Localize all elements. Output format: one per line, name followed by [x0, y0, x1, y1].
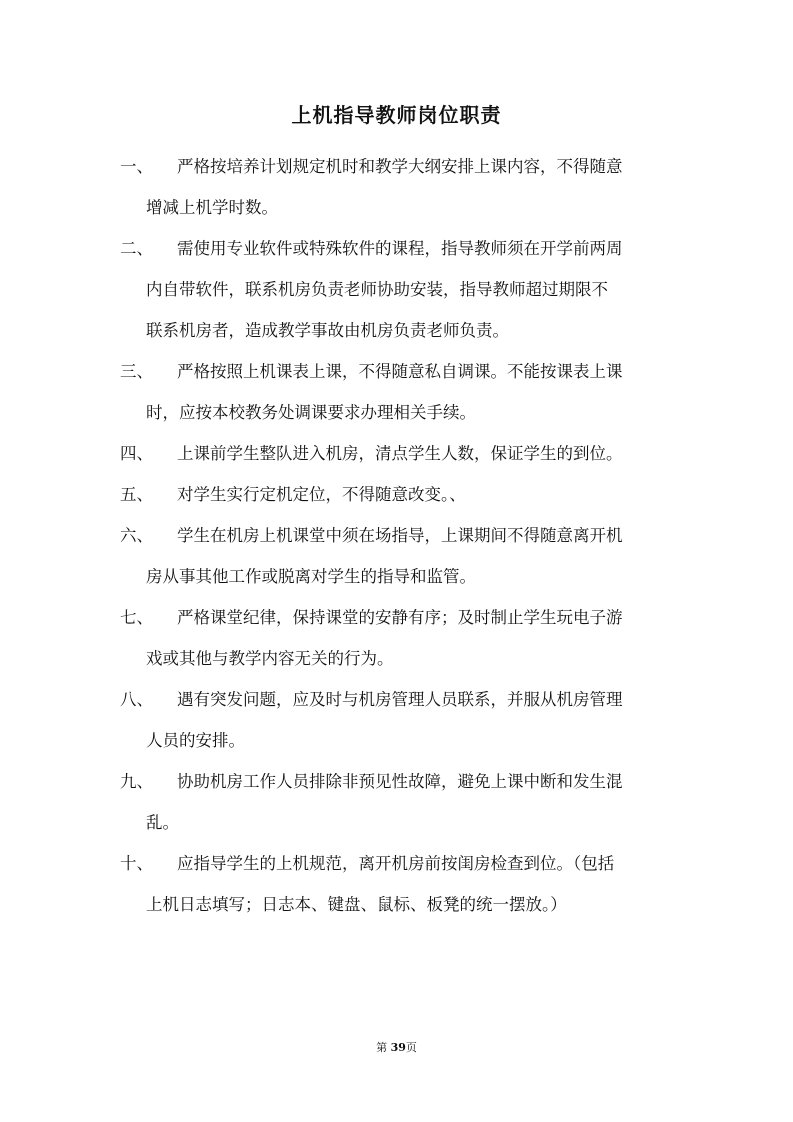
list-item: 三、 严格按照上机课表上课，不得随意私自调课。不能按课表上课 时，应按本校教务处… — [120, 351, 676, 433]
item-number: 八、 — [120, 679, 176, 720]
item-text: 协助机房工作人员排除非预见性故障，避免上课中断和发生混 — [120, 761, 676, 802]
page-number-suffix: 页 — [406, 1041, 417, 1054]
item-number: 四、 — [120, 433, 176, 474]
list-item: 六、 学生在机房上机课堂中须在场指导，上课期间不得随意离开机 房从事其他工作或脱… — [120, 515, 676, 597]
item-number: 九、 — [120, 761, 176, 802]
page-number-value: 39 — [391, 1041, 406, 1054]
item-text: 遇有突发问题，应及时与机房管理人员联系，并服从机房管理 — [120, 679, 676, 720]
item-text: 对学生实行定机定位，不得随意改变。、 — [120, 474, 676, 515]
item-text: 上课前学生整队进入机房，清点学生人数，保证学生的到位。 — [120, 433, 676, 474]
item-text: 应指导学生的上机规范，离开机房前按闺房检查到位。（包括 — [120, 843, 676, 884]
item-number: 二、 — [120, 228, 176, 269]
duty-list: 一、 严格按培养计划规定机时和教学大纲安排上课内容，不得随意 增减上机学时数。 … — [120, 146, 676, 925]
item-number: 三、 — [120, 351, 176, 392]
item-number: 十、 — [120, 843, 176, 884]
item-text-continued: 乱。 — [120, 802, 676, 843]
item-number: 七、 — [120, 597, 176, 638]
item-text-continued: 房从事其他工作或脱离对学生的指导和监管。 — [120, 556, 676, 597]
item-number: 一、 — [120, 146, 176, 187]
item-number: 六、 — [120, 515, 176, 556]
item-text: 严格按培养计划规定机时和教学大纲安排上课内容，不得随意 — [120, 146, 676, 187]
item-text-continued: 时，应按本校教务处调课要求办理相关手续。 — [120, 392, 676, 433]
list-item: 八、 遇有突发问题，应及时与机房管理人员联系，并服从机房管理 人员的安排。 — [120, 679, 676, 761]
item-text: 学生在机房上机课堂中须在场指导，上课期间不得随意离开机 — [120, 515, 676, 556]
list-item: 四、 上课前学生整队进入机房，清点学生人数，保证学生的到位。 — [120, 433, 676, 474]
item-text: 需使用专业软件或特殊软件的课程，指导教师须在开学前两周 — [120, 228, 676, 269]
item-text-continued: 内自带软件，联系机房负责老师协助安装，指导教师超过期限不 — [120, 269, 676, 310]
item-number: 五、 — [120, 474, 176, 515]
item-text-continued: 增减上机学时数。 — [120, 187, 676, 228]
list-item: 二、 需使用专业软件或特殊软件的课程，指导教师须在开学前两周 内自带软件，联系机… — [120, 228, 676, 351]
page-title: 上机指导教师岗位职责 — [0, 101, 793, 129]
item-text: 严格课堂纪律，保持课堂的安静有序；及时制止学生玩电子游 — [120, 597, 676, 638]
item-text-continued: 联系机房者，造成教学事故由机房负责老师负责。 — [120, 310, 676, 351]
list-item: 五、 对学生实行定机定位，不得随意改变。、 — [120, 474, 676, 515]
list-item: 九、 协助机房工作人员排除非预见性故障，避免上课中断和发生混 乱。 — [120, 761, 676, 843]
page-number: 第 39页 — [0, 1041, 793, 1055]
list-item: 十、 应指导学生的上机规范，离开机房前按闺房检查到位。（包括 上机日志填写；日志… — [120, 843, 676, 925]
item-text: 严格按照上机课表上课，不得随意私自调课。不能按课表上课 — [120, 351, 676, 392]
list-item: 一、 严格按培养计划规定机时和教学大纲安排上课内容，不得随意 增减上机学时数。 — [120, 146, 676, 228]
item-text-continued: 人员的安排。 — [120, 720, 676, 761]
page-number-prefix: 第 — [376, 1041, 387, 1054]
item-text-continued: 戏或其他与教学内容无关的行为。 — [120, 638, 676, 679]
item-text-continued: 上机日志填写；日志本、键盘、鼠标、板凳的统一摆放。） — [120, 884, 676, 925]
list-item: 七、 严格课堂纪律，保持课堂的安静有序；及时制止学生玩电子游 戏或其他与教学内容… — [120, 597, 676, 679]
